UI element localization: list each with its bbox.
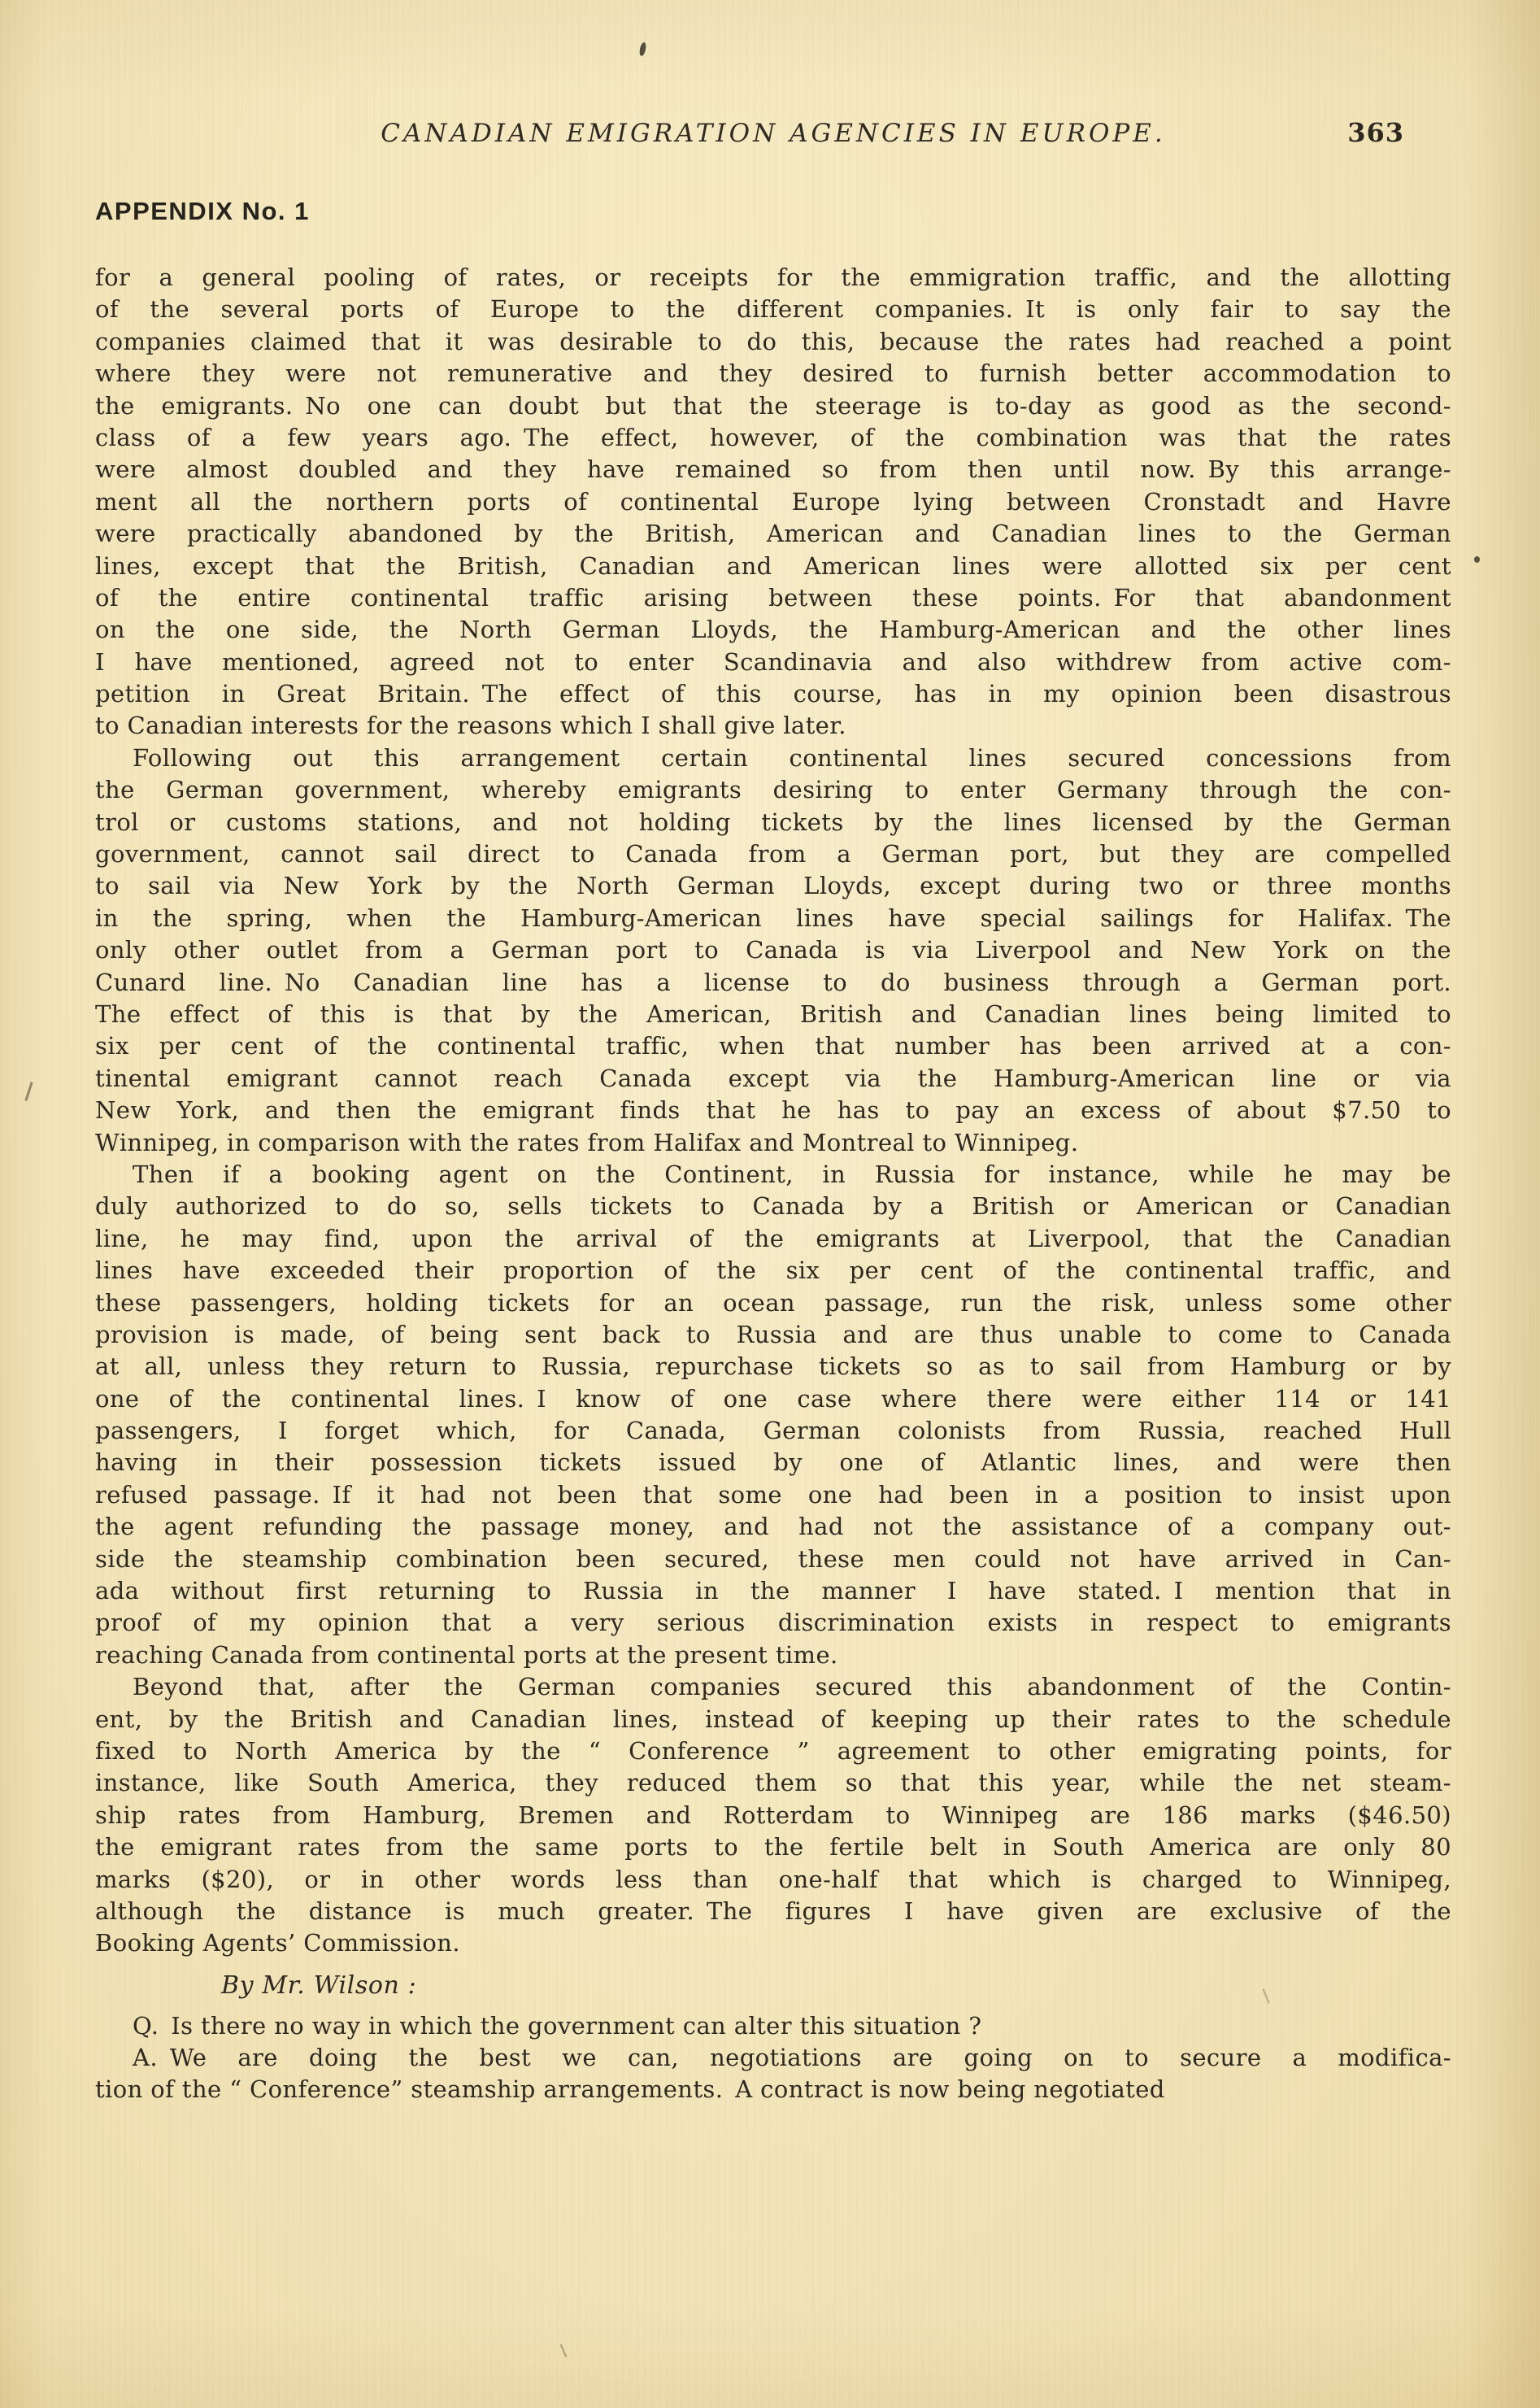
- text-line: The effect of this is that by the Americ…: [95, 999, 1451, 1030]
- text-line: Winnipeg, in comparison with the rates f…: [95, 1127, 1451, 1159]
- paragraph-3: Then if a booking agent on the Continent…: [95, 1159, 1451, 1671]
- page-content: CANADIAN EMIGRATION AGENCIES IN EUROPE. …: [95, 0, 1451, 2106]
- paragraph-1: for a general pooling of rates, or recei…: [95, 262, 1451, 742]
- scan-artifact: [24, 1082, 33, 1101]
- paragraph-2: Following out this arrangement certain c…: [95, 742, 1451, 1159]
- text-line: tion of the “ Conference” steamship arra…: [95, 2074, 1451, 2105]
- text-line: Cunard line. No Canadian line has a lice…: [95, 967, 1451, 999]
- text-line: provision is made, of being sent back to…: [95, 1319, 1451, 1351]
- text-line: lines have exceeded their proportion of …: [95, 1255, 1451, 1287]
- text-line: reaching Canada from continental ports a…: [95, 1639, 1451, 1671]
- text-line: of the several ports of Europe to the di…: [95, 294, 1451, 325]
- text-line: although the distance is much greater. T…: [95, 1896, 1451, 1927]
- paragraph-4: Beyond that, after the German companies …: [95, 1671, 1451, 1960]
- text-line: refused passage. If it had not been that…: [95, 1479, 1451, 1511]
- text-line: passengers, I forget which, for Canada, …: [95, 1415, 1451, 1447]
- text-line: instance, like South America, they reduc…: [95, 1767, 1451, 1799]
- text-line: in the spring, when the Hamburg-American…: [95, 903, 1451, 934]
- text-line: companies claimed that it was desirable …: [95, 326, 1451, 358]
- text-line: A. We are doing the best we can, negotia…: [95, 2042, 1451, 2074]
- text-line: New York, and then the emigrant finds th…: [95, 1095, 1451, 1126]
- text-line: Booking Agents’ Commission.: [95, 1927, 1451, 1959]
- text-line: marks ($20), or in other words less than…: [95, 1864, 1451, 1896]
- text-line: ship rates from Hamburg, Bremen and Rott…: [95, 1800, 1451, 1831]
- running-header: CANADIAN EMIGRATION AGENCIES IN EUROPE. …: [95, 119, 1451, 155]
- text-line: the emigrant rates from the same ports t…: [95, 1831, 1451, 1863]
- text-line: proof of my opinion that a very serious …: [95, 1607, 1451, 1639]
- text-line: Beyond that, after the German companies …: [95, 1671, 1451, 1703]
- text-line: ada without first returning to Russia in…: [95, 1575, 1451, 1607]
- text-line: to Canadian interests for the reasons wh…: [95, 710, 1451, 742]
- text-line: side the steamship combination been secu…: [95, 1544, 1451, 1575]
- text-line: Following out this arrangement certain c…: [95, 742, 1451, 774]
- appendix-heading: APPENDIX No. 1: [95, 197, 1451, 226]
- text-line: lines, except that the British, Canadian…: [95, 551, 1451, 582]
- text-line: trol or customs stations, and not holdin…: [95, 807, 1451, 838]
- text-line: ment all the northern ports of continent…: [95, 486, 1451, 518]
- running-title: CANADIAN EMIGRATION AGENCIES IN EUROPE.: [95, 119, 1451, 148]
- text-line: where they were not remunerative and the…: [95, 358, 1451, 390]
- text-line: only other outlet from a German port to …: [95, 934, 1451, 966]
- text-line: to sail via New York by the North German…: [95, 870, 1451, 902]
- document-page: CANADIAN EMIGRATION AGENCIES IN EUROPE. …: [0, 0, 1540, 2408]
- text-line: at all, unless they return to Russia, re…: [95, 1351, 1451, 1383]
- body-text: for a general pooling of rates, or recei…: [95, 262, 1451, 1960]
- text-line: for a general pooling of rates, or recei…: [95, 262, 1451, 294]
- answer-paragraph: A. We are doing the best we can, negotia…: [95, 2042, 1451, 2106]
- ink-speck: [1474, 556, 1480, 563]
- byline: By Mr. Wilson :: [221, 1970, 1451, 2002]
- text-line: government, cannot sail direct to Canada…: [95, 838, 1451, 870]
- text-line: six per cent of the continental traffic,…: [95, 1030, 1451, 1062]
- text-line: Q. Is there no way in which the governme…: [95, 2010, 1451, 2042]
- page-number: 363: [1347, 117, 1404, 148]
- text-line: Then if a booking agent on the Continent…: [95, 1159, 1451, 1191]
- text-line: I have mentioned, agreed not to enter Sc…: [95, 647, 1451, 678]
- text-line: the German government, whereby emigrants…: [95, 774, 1451, 806]
- text-line: tinental emigrant cannot reach Canada ex…: [95, 1063, 1451, 1095]
- text-line: petition in Great Britain. The effect of…: [95, 678, 1451, 710]
- text-line: the agent refunding the passage money, a…: [95, 1511, 1451, 1543]
- text-line: fixed to North America by the “ Conferen…: [95, 1735, 1451, 1767]
- text-line: duly authorized to do so, sells tickets …: [95, 1191, 1451, 1222]
- scan-artifact: [560, 2344, 568, 2357]
- text-line: these passengers, holding tickets for an…: [95, 1287, 1451, 1319]
- text-line: were practically abandoned by the Britis…: [95, 518, 1451, 550]
- text-line: one of the continental lines. I know of …: [95, 1383, 1451, 1415]
- qa-section: Q. Is there no way in which the governme…: [95, 2010, 1451, 2106]
- text-line: of the entire continental traffic arisin…: [95, 582, 1451, 614]
- question-paragraph: Q. Is there no way in which the governme…: [95, 2010, 1451, 2042]
- text-line: class of a few years ago. The effect, ho…: [95, 422, 1451, 454]
- text-line: the emigrants. No one can doubt but that…: [95, 390, 1451, 422]
- text-line: on the one side, the North German Lloyds…: [95, 614, 1451, 646]
- text-line: line, he may find, upon the arrival of t…: [95, 1223, 1451, 1255]
- text-line: having in their possession tickets issue…: [95, 1447, 1451, 1478]
- text-line: ent, by the British and Canadian lines, …: [95, 1704, 1451, 1735]
- text-line: were almost doubled and they have remain…: [95, 454, 1451, 486]
